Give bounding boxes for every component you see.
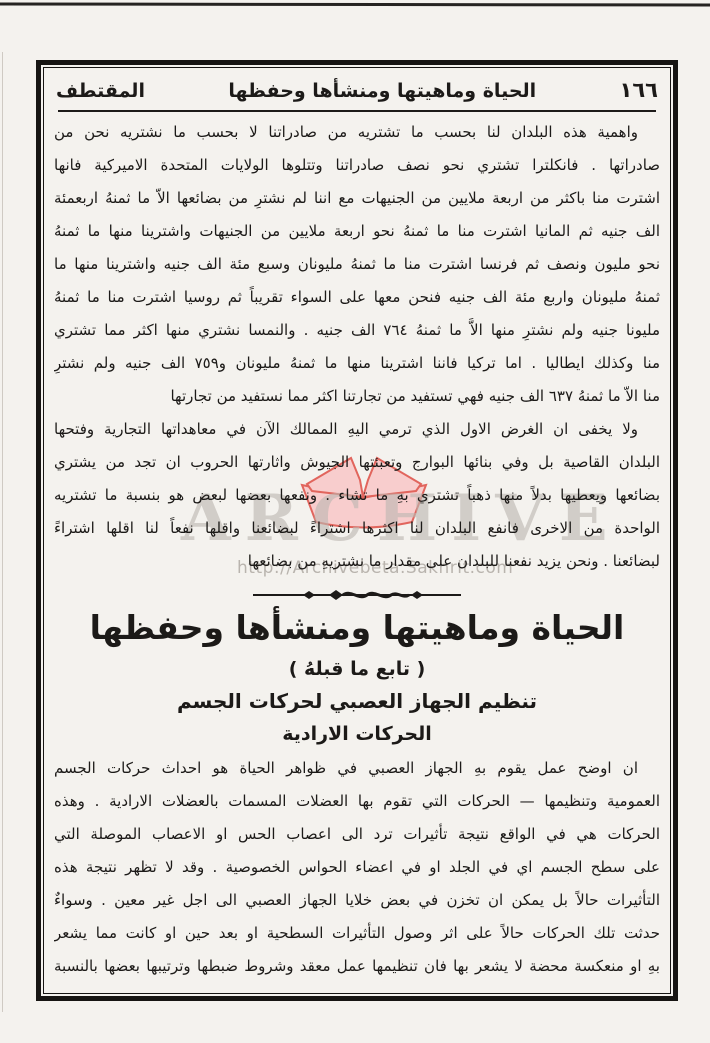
trade-paragraph-2: ولا يخفى ان الغرض الاول الذي ترمي اليهِ … bbox=[52, 413, 662, 578]
journal-name: المقتطف bbox=[56, 80, 145, 102]
text-line: حدثت تلك الحركات حالاً على اثر وصول التأ… bbox=[54, 917, 660, 950]
page-header: ١٦٦ الحياة وماهيتها ومنشأها وحفظها المقت… bbox=[52, 68, 662, 108]
text-line: التأثيرات حالاً بل يمكن ان تخزن في بعض خ… bbox=[54, 884, 660, 917]
text-line: الواحدة من الاخرى فانفع البلدان لنا اكثر… bbox=[54, 512, 660, 545]
page-frame: ١٦٦ الحياة وماهيتها ومنشأها وحفظها المقت… bbox=[36, 60, 678, 1001]
running-title: الحياة وماهيتها ومنشأها وحفظها bbox=[228, 80, 536, 102]
page-content: ١٦٦ الحياة وماهيتها ومنشأها وحفظها المقت… bbox=[52, 68, 662, 983]
text-line: صادراتها . فانكلترا تشتري نحو نصف صادرات… bbox=[54, 149, 660, 182]
text-line: على سطح الجسم اي في الجلد او في اعضاء ال… bbox=[54, 851, 660, 884]
text-line: مليونا جنيه ولم نشترِ منها الاَّ ما ثمنه… bbox=[54, 314, 660, 347]
subsection-title: تنظيم الجهاز العصبي لحركات الجسم bbox=[52, 684, 662, 719]
text-line: منا الاّ ما ثمنهُ ٦٣٧ الف جنيه فهي تستفي… bbox=[54, 380, 660, 413]
scanned-page: { "scan": { "header": { "journal_name": … bbox=[0, 0, 710, 1043]
text-line: الف جنيه ثم المانيا اشترت منا ما ثمنهُ ن… bbox=[54, 215, 660, 248]
page-number: ١٦٦ bbox=[620, 78, 658, 102]
article-continuation-note: ( تابع ما قبلهُ ) bbox=[52, 654, 662, 684]
text-line: بضائعها ويعطيها بدلاً منها ذهباً تشتري ب… bbox=[54, 479, 660, 512]
text-line: نحو مليون ونصف ثم فرنسا اشترت منا ما ثمن… bbox=[54, 248, 660, 281]
life-paragraph-1: ان اوضح عمل يقوم بهِ الجهاز العصبي في ظو… bbox=[52, 752, 662, 983]
text-line: اشترت منا باكثر من اربعة ملايين من الجني… bbox=[54, 182, 660, 215]
text-line: منا وكذلك ايطاليا . اما تركيا فاننا اشتر… bbox=[54, 347, 660, 380]
divider-ornament-icon bbox=[251, 587, 463, 601]
section-divider bbox=[52, 586, 662, 600]
text-line: ثمنهُ مليونان واربع مئة الف جنيه فنحن مع… bbox=[54, 281, 660, 314]
header-rule bbox=[58, 110, 656, 112]
text-line: الحركات هي في الواقع نتيجة تأثيرات ترد ا… bbox=[54, 818, 660, 851]
trade-paragraph-1: واهمية هذه البلدان لنا بحسب ما تشتريه من… bbox=[52, 116, 662, 413]
text-line: ولا يخفى ان الغرض الاول الذي ترمي اليهِ … bbox=[54, 413, 660, 446]
text-line: العمومية وتنظيمها — الحركات التي تقوم به… bbox=[54, 785, 660, 818]
text-line: واهمية هذه البلدان لنا بحسب ما تشتريه من… bbox=[54, 116, 660, 149]
text-line: لبضائعنا . ونحن يزيد نفعنا للبلدان على م… bbox=[54, 545, 660, 578]
article-title: الحياة وماهيتها ومنشأها وحفظها bbox=[52, 602, 662, 654]
text-line: ان اوضح عمل يقوم بهِ الجهاز العصبي في ظو… bbox=[54, 752, 660, 785]
subheading: الحركات الارادية bbox=[52, 719, 662, 750]
page-frame-inner: ١٦٦ الحياة وماهيتها ومنشأها وحفظها المقت… bbox=[43, 67, 671, 994]
text-line: بهِ او منعكسة محضة لا يشعر بها فان تنظيم… bbox=[54, 950, 660, 983]
text-line: البلدان القاصية بل وفي بنائها البوارج وت… bbox=[54, 446, 660, 479]
